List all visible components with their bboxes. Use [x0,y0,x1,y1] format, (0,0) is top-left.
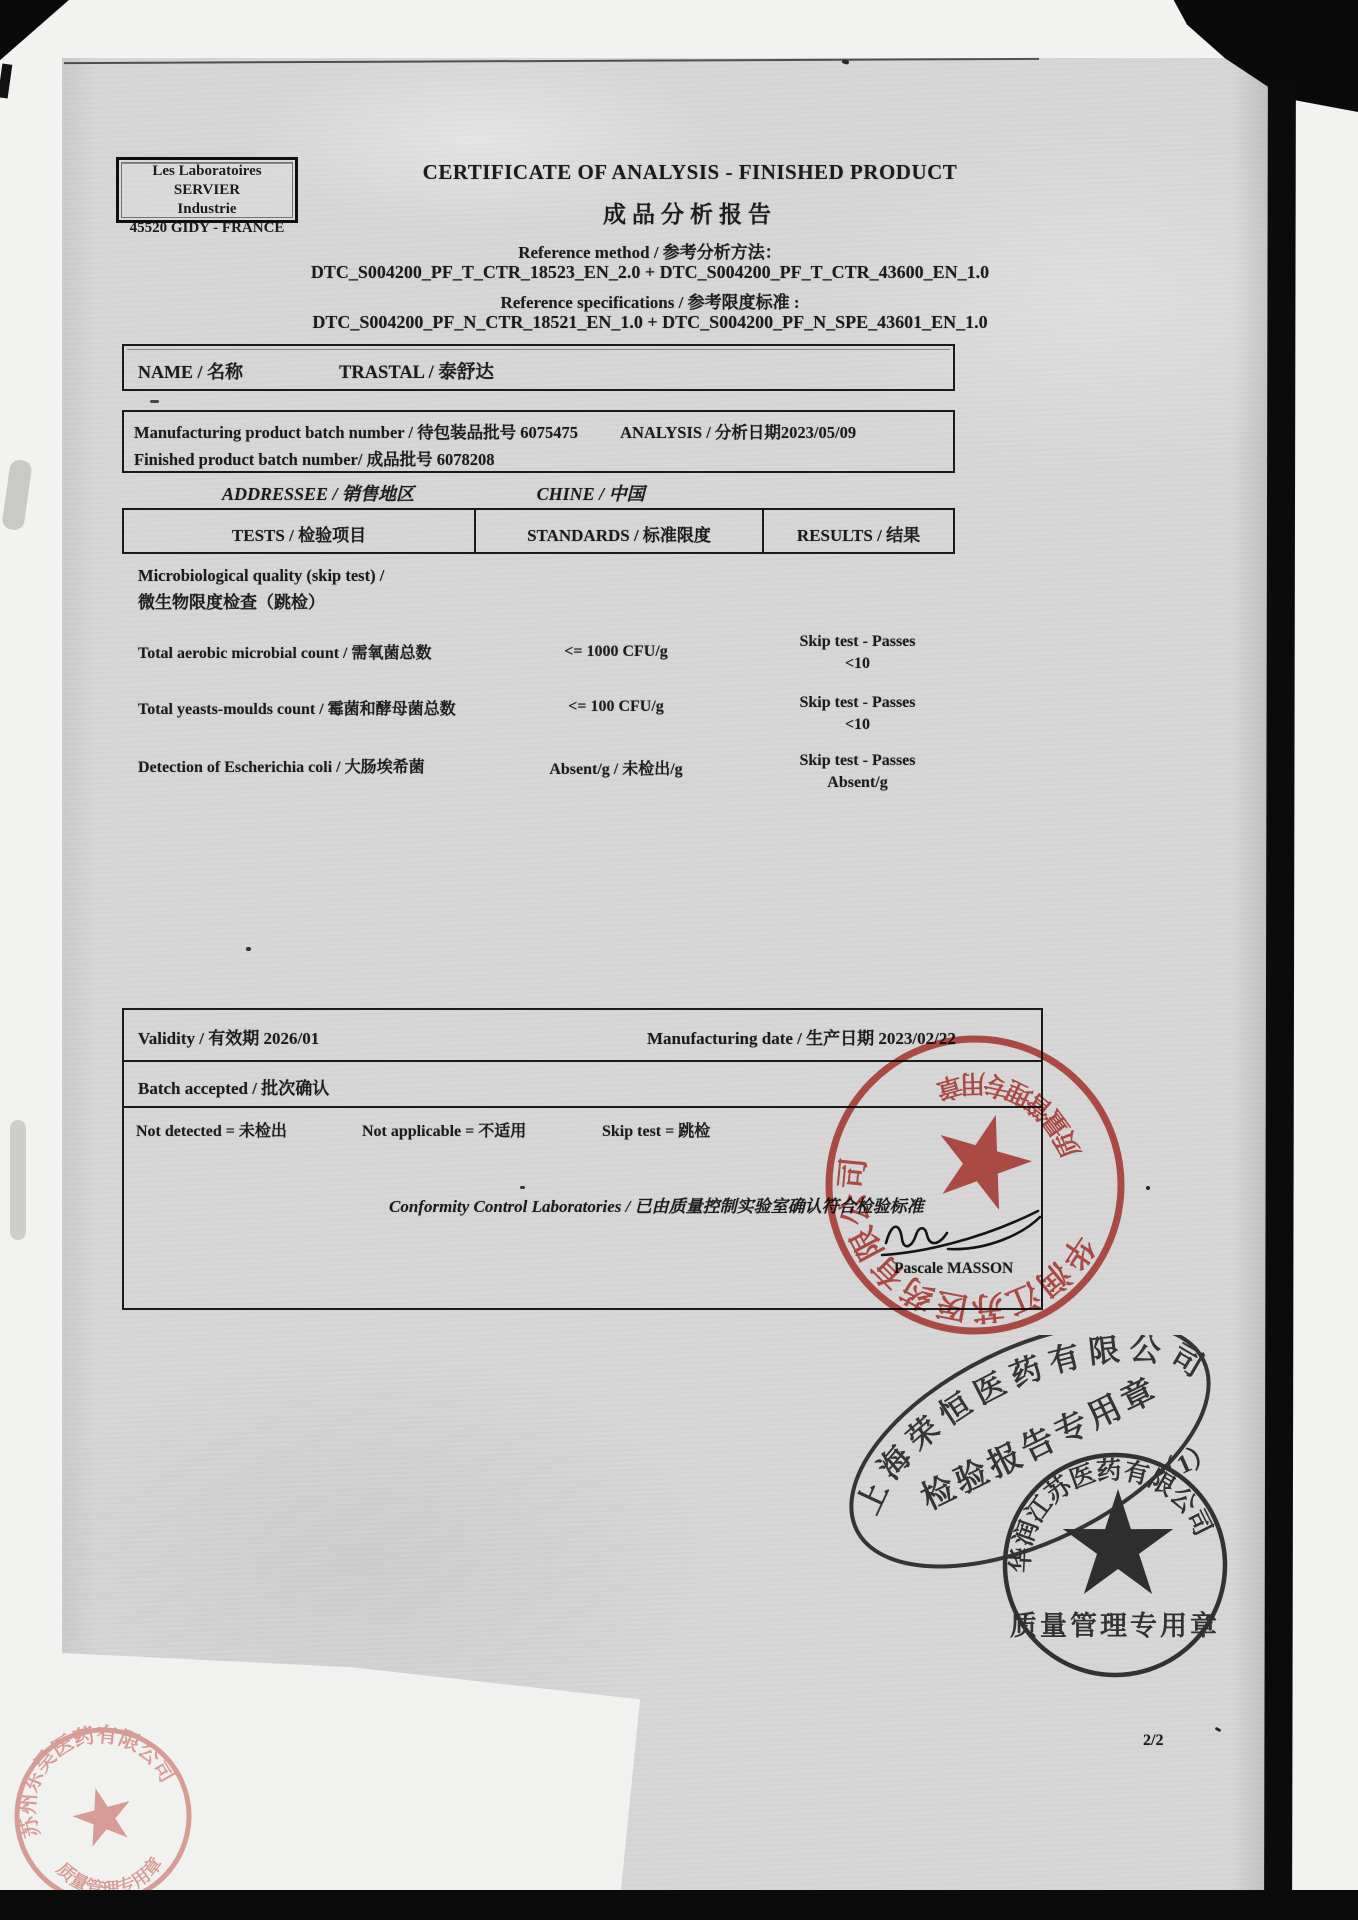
finished-batch-number: Finished product batch number/ 成品批号 6078… [134,446,494,470]
corner-stamp-star-icon [67,1780,139,1849]
company-name: Les Laboratoires SERVIER [119,162,295,200]
company-address: 45520 GIDY - FRANCE [119,219,295,238]
company-line2: Industrie [119,200,295,219]
batch-accepted: Batch accepted / 批次确认 [138,1074,329,1099]
test-result: Skip test - Passes [760,694,955,712]
manufacturing-batch-number: Manufacturing product batch number / 待包装… [134,423,578,442]
reference-spec-label: Reference specifications / 参考限度标准 : [250,288,1050,313]
test-name: Total aerobic microbial count / 需氧菌总数 [138,640,432,663]
legend-not-applicable: Not applicable = 不适用 [362,1118,526,1141]
reference-method-value: DTC_S004200_PF_T_CTR_18523_EN_2.0 + DTC_… [230,262,1070,283]
test-standard: Absent/g / 未检出/g [474,756,758,779]
scan-artifact-blob [0,63,12,98]
scan-speck [246,947,251,951]
test-standard: <= 1000 CFU/g [474,643,758,661]
col-standards: STANDARDS / 标准限度 [476,521,762,546]
product-name: TRASTAL / 泰舒达 [339,358,494,384]
black-seals-group: 上海荣恒医药有限公司 检验报告专用章 华润江苏医药有限公司 （1） 质量管理专用… [840,1335,1270,1695]
validity-date: Validity / 有效期 2026/01 [138,1024,319,1049]
signature-stroke [948,1217,1040,1249]
scan-artifact-bottom-bar [0,1890,1358,1920]
svg-text:质量管理专用章: 质量管理专用章 [920,1047,1102,1171]
analysis-date: ANALYSIS / 分析日期2023/05/09 [620,423,856,442]
col-results: RESULTS / 结果 [764,521,953,546]
section-heading-zh: 微生物限度检查（跳检） [138,588,325,613]
addressee-value: CHINE / 中国 [537,484,645,504]
legend-not-detected: Not detected = 未检出 [136,1118,287,1141]
red-company-stamp: 华润江苏医药有限公司 质量管理专用章 [810,1025,1150,1355]
signature [878,1203,1043,1265]
batch-box: Manufacturing product batch number / 待包装… [122,410,955,473]
test-result-value: <10 [760,716,955,734]
signature-stroke [886,1227,947,1247]
test-result-value: Absent/g [760,774,955,792]
section-heading-en: Microbiological quality (skip test) / [138,566,384,586]
document-title: CERTIFICATE OF ANALYSIS - FINISHED PRODU… [320,160,1060,185]
legend-skip-test: Skip test = 跳检 [602,1118,710,1141]
page-number: 2/2 [1143,1732,1163,1750]
scan-artifact-blotch [1,459,33,531]
results-table-header: TESTS / 检验项目 STANDARDS / 标准限度 RESULTS / … [122,508,955,554]
name-label: NAME / 名称 [138,358,243,384]
reference-method-label: Reference method / 参考分析方法： [250,238,1050,263]
test-name: Detection of Escherichia coli / 大肠埃希菌 [138,754,425,777]
test-standard: <= 100 CFU/g [474,698,758,716]
name-box: NAME / 名称 TRASTAL / 泰舒达 [122,344,955,391]
test-result: Skip test - Passes [760,752,955,770]
test-name: Total yeasts-moulds count / 霉菌和酵母菌总数 [138,696,456,719]
test-result-value: <10 [760,655,955,673]
red-stamp-inner-text: 质量管理专用章 [920,1047,1102,1171]
document-title-zh: 成品分析报告 [320,196,1060,229]
reference-spec-value: DTC_S004200_PF_N_CTR_18521_EN_1.0 + DTC_… [230,312,1070,333]
scanned-certificate-page: Les Laboratoires SERVIER Industrie 45520… [0,0,1358,1920]
col-tests: TESTS / 检验项目 [124,521,474,546]
quality-seal-bottom-text: 质量管理专用章 [1010,1610,1220,1641]
scan-artifact-blotch [10,1120,26,1240]
test-result: Skip test - Passes [760,633,955,651]
scan-speck [520,1186,525,1189]
scan-artifact-right-bar [1264,84,1296,1894]
company-address-box: Les Laboratoires SERVIER Industrie 45520… [116,157,298,223]
scan-speck [150,400,159,403]
corner-red-stamp: 苏州东吴医药有限公司 质量管理专用章 [3,1716,203,1916]
quality-seal-star-icon [1063,1489,1173,1594]
addressee-label: ADDRESSEE / 销售地区 [222,484,414,504]
red-stamp-star-icon [925,1102,1041,1215]
